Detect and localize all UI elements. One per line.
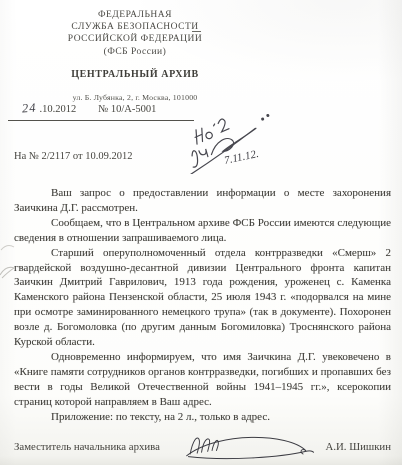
handwritten-squiggle [189,150,200,167]
handwriting-strokes: 7.11.12. [163,104,303,174]
signature-icon [174,433,324,461]
attachment-note: Приложение: по тексту, на 2 л., только в… [14,410,391,425]
handwritten-squiggle [193,128,206,144]
paragraph-archive-info: Сообщаем, что в Центральном архиве ФСБ Р… [14,216,391,246]
org-name-line: ФЕДЕРАЛЬНАЯ [28,9,242,21]
handwritten-squiggle [262,118,264,120]
pencil-dash-mark [192,31,201,32]
signature-block: Заместитель начальника архива А.И. Шишки… [14,433,391,461]
handwritten-squiggle [213,124,215,126]
handwritten-note-date: 7.11.12. [223,148,260,167]
scanned-letter-page: ФЕДЕРАЛЬНАЯ СЛУЖБА БЕЗОПАСНОСТИ РОССИЙСК… [0,0,402,465]
handwritten-squiggle [205,131,213,139]
org-name-line: СЛУЖБА БЕЗОПАСНОСТИ [28,21,242,33]
handwritten-day: 24 [21,101,37,117]
handwritten-squiggle [217,118,229,132]
paragraph-person-details: Старший оперуполномоченный отдела контрр… [14,246,391,350]
signer-name: А.И. Шишкин [326,441,391,453]
handwritten-squiggle [199,149,208,159]
signature-flourish [174,433,324,461]
letterhead: ФЕДЕРАЛЬНАЯ СЛУЖБА БЕЗОПАСНОСТИ РОССИЙСК… [28,9,242,102]
paragraph-request: Ваш запрос о предоставлении информации о… [14,186,391,216]
department-title: ЦЕНТРАЛЬНЫЙ АРХИВ [28,69,242,80]
outgoing-number: № 10/А-5001 [98,104,156,115]
signer-title: Заместитель начальника архива [14,441,160,453]
org-name-line: РОССИЙСКОЙ ФЕДЕРАЦИИ [28,33,242,45]
letter-body: Ваш запрос о предоставлении информации о… [14,186,391,425]
handwritten-squiggle [267,114,269,116]
reply-to-reference: На № 2/2117 от 10.09.2012 [14,151,133,162]
handwritten-resolution-note: 7.11.12. [163,104,303,174]
outgoing-date: .10.2012 [40,104,77,115]
paragraph-memory-book: Одновременно информируем, что имя Заички… [14,350,391,410]
org-abbreviation: (ФСБ России) [28,46,242,58]
